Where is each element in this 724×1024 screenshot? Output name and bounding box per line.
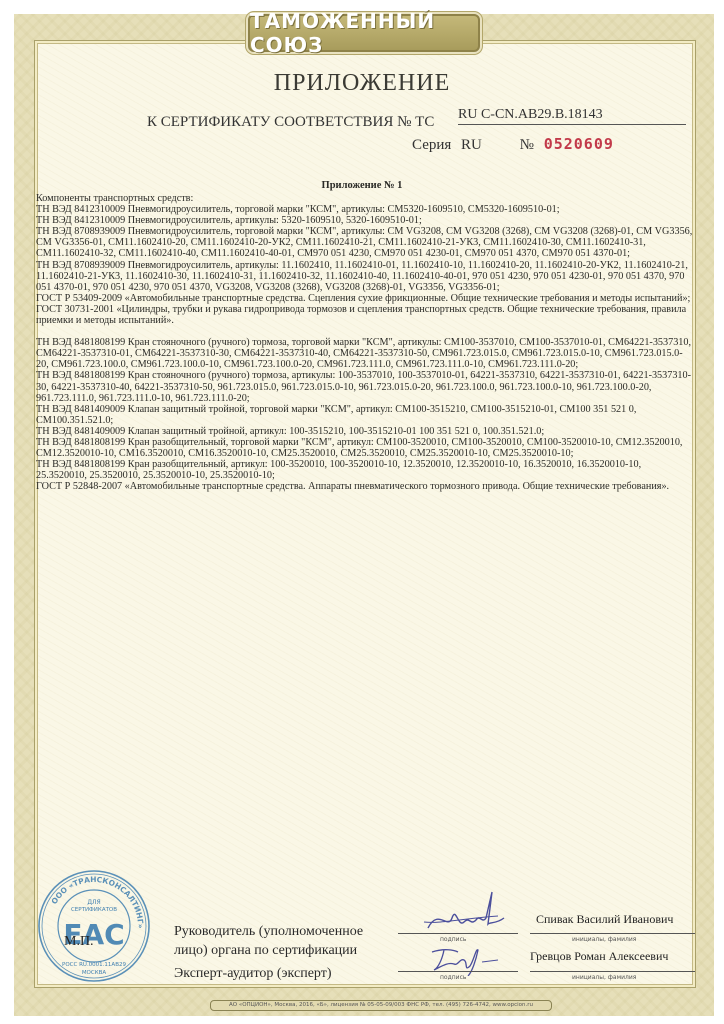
stamp-center-top: ДЛЯ bbox=[87, 899, 100, 906]
certificate-number: RU C-CN.AB29.B.18143 bbox=[458, 107, 686, 125]
series-value: RU bbox=[461, 137, 482, 153]
expert-name-caption: инициалы, фамилия bbox=[572, 974, 636, 981]
appendix-paragraph: Компоненты транспортных средств: bbox=[36, 193, 694, 204]
appendix-paragraph: ТН ВЭД 8708939009 Пневмогидроусилитель, … bbox=[36, 226, 694, 259]
stamp-center-mid: СЕРТИФИКАТОВ bbox=[71, 907, 117, 913]
head-name-caption: инициалы, фамилия bbox=[572, 936, 636, 943]
paragraph-gap bbox=[36, 326, 694, 337]
expert-signature-line bbox=[398, 971, 518, 972]
head-signature-icon bbox=[418, 888, 508, 938]
customs-union-banner: ТАМОЖЕННЫЙ СОЮЗ bbox=[248, 14, 480, 52]
head-name: Спивак Василий Иванович bbox=[536, 912, 673, 927]
head-label-line1: Руководитель (уполномоченное bbox=[174, 922, 363, 941]
expert-name-line bbox=[530, 971, 695, 972]
appendix-paragraph: ГОСТ Р 52848-2007 «Автомобильные транспо… bbox=[36, 481, 694, 492]
certificate-frame bbox=[14, 14, 714, 1016]
series-label: Серия bbox=[412, 137, 451, 153]
appendix-paragraph: ТН ВЭД 8708939009 Пневмогидроусилитель, … bbox=[36, 260, 694, 293]
form-series: Серия RU № 0520609 bbox=[412, 135, 614, 154]
head-signature-line bbox=[398, 933, 518, 934]
appendix-paragraph: ТН ВЭД 8481808199 Кран стояночного (ручн… bbox=[36, 370, 694, 403]
printer-imprint: АО «ОПЦИОН», Москва, 2016, «Б», лицензия… bbox=[210, 1000, 552, 1011]
signatory-labels: Руководитель (уполномоченное лицо) орган… bbox=[174, 922, 363, 983]
appendix-paragraph: ТН ВЭД 8412310009 Пневмогидроусилитель, … bbox=[36, 204, 694, 215]
appendix-paragraph: ТН ВЭД 8481409009 Клапан защитный тройно… bbox=[36, 426, 694, 437]
form-number: 0520609 bbox=[544, 135, 614, 153]
page-title: ПРИЛОЖЕНИЕ bbox=[0, 70, 724, 97]
certification-stamp: ООО «ТРАНСКОНСАЛТИНГ» ДЛЯ СЕРТИФИКАТОВ Е… bbox=[36, 868, 152, 984]
expert-name: Гревцов Роман Алексеевич bbox=[530, 949, 668, 964]
certificate-subtitle: К СЕРТИФИКАТУ СООТВЕТСТВИЯ № ТС bbox=[147, 114, 434, 131]
appendix-paragraph: ГОСТ 30731-2001 «Цилиндры, трубки и рука… bbox=[36, 304, 694, 326]
appendix-heading: Приложение № 1 bbox=[0, 180, 724, 191]
stamp-city: МОСКВА bbox=[82, 970, 107, 976]
appendix-paragraph: ТН ВЭД 8412310009 Пневмогидроусилитель, … bbox=[36, 215, 694, 226]
seal-place-label: М.П. bbox=[64, 934, 94, 950]
appendix-paragraph: ТН ВЭД 8481808199 Кран разобщительный, а… bbox=[36, 459, 694, 481]
head-label-line2: лицо) органа по сертификации bbox=[174, 941, 363, 960]
appendix-paragraph: ТН ВЭД 8481409009 Клапан защитный тройно… bbox=[36, 404, 694, 426]
appendix-paragraph: ГОСТ Р 53409-2009 «Автомобильные транспо… bbox=[36, 293, 694, 304]
appendix-body: Компоненты транспортных средств:ТН ВЭД 8… bbox=[36, 193, 694, 492]
banner-text: ТАМОЖЕННЫЙ СОЮЗ bbox=[250, 9, 478, 57]
expert-label: Эксперт-аудитор (эксперт) bbox=[174, 964, 363, 983]
stamp-bottom-text: РОСС RU.0001.11АВ29 bbox=[62, 962, 126, 968]
head-name-line bbox=[530, 933, 695, 934]
appendix-paragraph: ТН ВЭД 8481808199 Кран стояночного (ручн… bbox=[36, 337, 694, 370]
expert-signature-caption: подпись bbox=[440, 974, 466, 981]
number-sign: № bbox=[520, 137, 534, 153]
appendix-paragraph: ТН ВЭД 8481808199 Кран разобщительный, т… bbox=[36, 437, 694, 459]
